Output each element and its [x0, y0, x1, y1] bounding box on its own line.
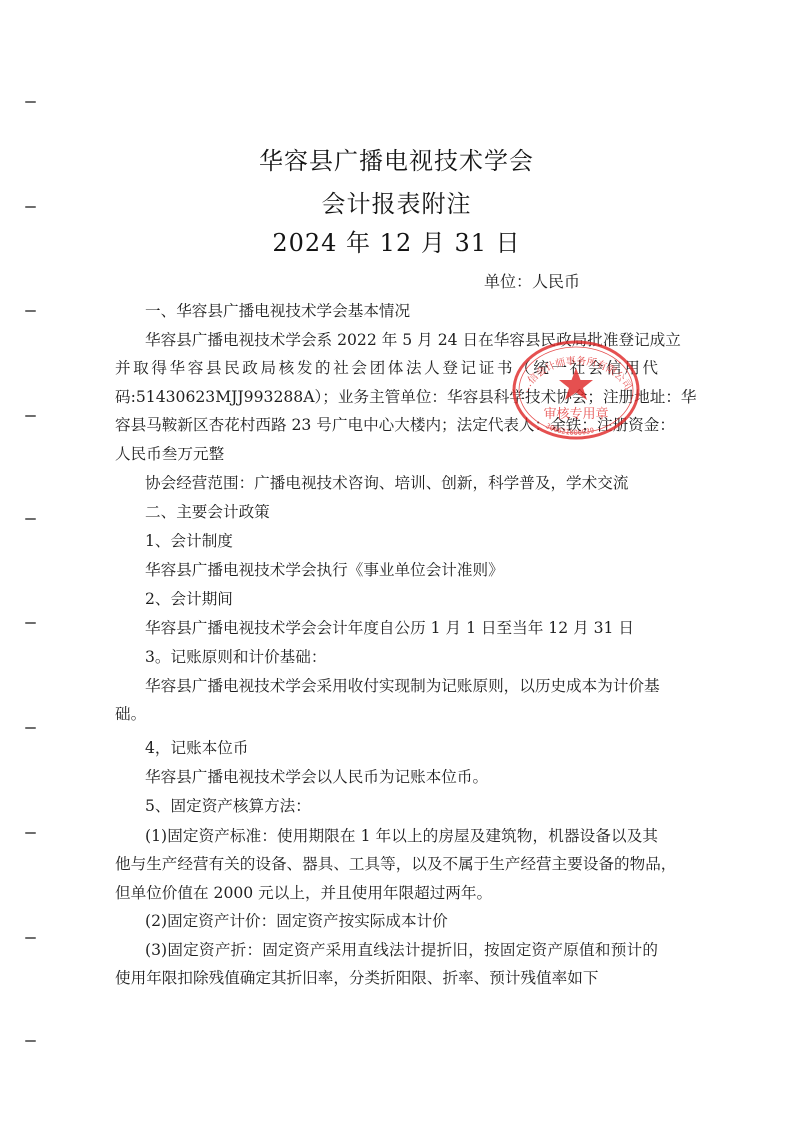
paragraph-line: 华容县广播电视技术学会以人民币为记账本位币。: [145, 766, 488, 788]
margin-mark: [25, 310, 36, 312]
paragraph-line: 华容县广播电视技术学会执行《事业单位会计准则》: [145, 559, 504, 581]
paragraph-line: 但单位价值在 2000 元以上，并且使用年限超过两年。: [115, 882, 492, 904]
subheading-accounting-system: 1、会计制度: [145, 530, 233, 552]
paragraph-line: 他与生产经营有关的设备、器具、工具等，以及不属于生产经营主要设备的物品，: [115, 853, 658, 875]
paragraph-line: 华容县广播电视技术学会系 2022 年 5 月 24 日在华容县民政局批准登记成…: [145, 329, 658, 351]
paragraph-line: 并取得华容县民政局核发的社会团体法人登记证书（统一社会信用代: [115, 357, 658, 379]
margin-mark: [25, 727, 36, 729]
report-title: 会计报表附注: [0, 189, 793, 219]
paragraph-line: (1)固定资产标准：使用期限在 1 年以上的房屋及建筑物，机器设备以及其: [145, 825, 658, 847]
paragraph-line: 华容县广播电视技术学会会计年度自公历 1 月 1 日至当年 12 月 31 日: [145, 617, 634, 639]
subheading-bookkeeping-basis: 3。记账原则和计价基础：: [145, 646, 326, 668]
paragraph-line: 容县马鞍新区杏花村西路 23 号广电中心大楼内；法定代表人：余铁；注册资金：: [115, 414, 658, 436]
section-heading-basic-info: 一、华容县广播电视技术学会基本情况: [145, 300, 410, 322]
subheading-fixed-assets: 5、固定资产核算方法：: [145, 795, 311, 817]
margin-mark: [25, 1040, 36, 1042]
subheading-accounting-period: 2、会计期间: [145, 588, 233, 610]
paragraph-line: 华容县广播电视技术学会采用收付实现制为记账原则，以历史成本为计价基: [145, 675, 658, 697]
paragraph-line: (2)固定资产计价：固定资产按实际成本计价: [145, 910, 448, 932]
margin-mark: [25, 101, 36, 103]
report-date: 2024 年 12 月 31 日: [0, 228, 793, 258]
document-page: 华容县广播电视技术学会 会计报表附注 2024 年 12 月 31 日 单位：人…: [0, 0, 793, 1122]
business-scope-line: 协会经营范围：广播电视技术咨询、培训、创新，科学普及，学术交流: [145, 472, 628, 494]
paragraph-line: 人民币叁万元整: [115, 443, 224, 465]
margin-mark: [25, 415, 36, 417]
margin-mark: [25, 832, 36, 834]
section-heading-accounting-policies: 二、主要会计政策: [145, 501, 270, 523]
paragraph-line: 础。: [115, 703, 146, 725]
subheading-bookkeeping-currency: 4，记账本位币: [145, 737, 248, 759]
margin-mark: [25, 518, 36, 520]
paragraph-line: 码:51430623MJJ993288A）；业务主管单位：华容县科学技术协会；注…: [115, 386, 658, 408]
paragraph-line: (3)固定资产折：固定资产采用直线法计提折旧，按固定资产原值和预计的: [145, 939, 658, 961]
paragraph-line: 使用年限扣除残值确定其折旧率，分类折阳限、折率、预计残值率如下: [115, 967, 598, 989]
currency-unit-label: 单位：人民币: [470, 271, 580, 293]
margin-mark: [25, 622, 36, 624]
margin-mark: [25, 937, 36, 939]
organization-title: 华容县广播电视技术学会: [0, 146, 793, 176]
